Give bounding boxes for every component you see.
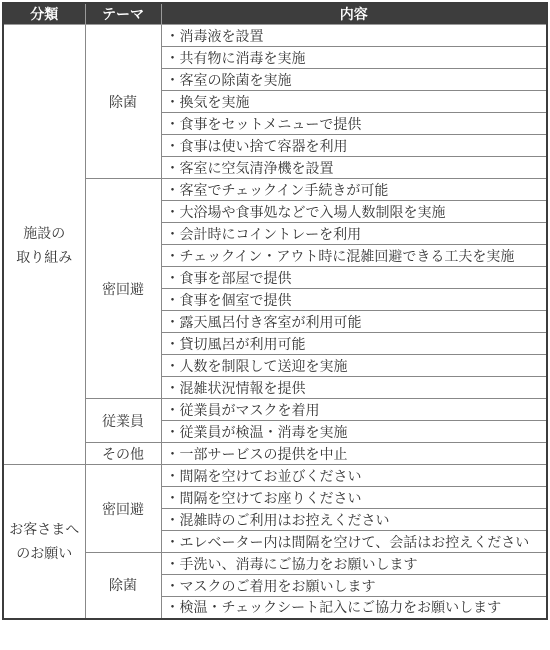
content-cell: ・消毒液を設置 [161,25,547,47]
category-cell-guests: お客さまへ のお願い [3,465,85,619]
content-cell: ・会計時にコイントレーを利用 [161,223,547,245]
theme-cell-staff: 従業員 [85,399,161,443]
content-cell: ・食事を部屋で提供 [161,267,547,289]
content-cell: ・マスクのご着用をお願いします [161,575,547,597]
content-cell: ・手洗い、消毒にご協力をお願いします [161,553,547,575]
table-row: 従業員 ・従業員がマスクを着用 [3,399,547,421]
content-cell: ・従業員がマスクを着用 [161,399,547,421]
page: 分類 テーマ 内容 施設の 取り組み 除菌 ・消毒液を設置 ・共有物に消毒を実施… [0,0,550,650]
content-cell: ・チェックイン・アウト時に混雑回避できる工夫を実施 [161,245,547,267]
table-row: 密回避 ・客室でチェックイン手続きが可能 [3,179,547,201]
category-cell-facility: 施設の 取り組み [3,25,85,465]
table-row: 施設の 取り組み 除菌 ・消毒液を設置 [3,25,547,47]
header-category: 分類 [3,3,85,25]
table-row: その他 ・一部サービスの提供を中止 [3,443,547,465]
table-row: 除菌 ・手洗い、消毒にご協力をお願いします [3,553,547,575]
content-cell: ・食事を個室で提供 [161,289,547,311]
content-cell: ・客室の除菌を実施 [161,69,547,91]
content-cell: ・客室に空気清浄機を設置 [161,157,547,179]
content-cell: ・大浴場や食事処などで入場人数制限を実施 [161,201,547,223]
header-content: 内容 [161,3,547,25]
content-cell: ・混雑状況情報を提供 [161,377,547,399]
content-cell: ・人数を制限して送迎を実施 [161,355,547,377]
content-cell: ・エレベーター内は間隔を空けて、会話はお控えください [161,531,547,553]
content-cell: ・検温・チェックシート記入にご協力をお願いします [161,597,547,619]
theme-cell-sanitize-2: 除菌 [85,553,161,619]
content-cell: ・食事は使い捨て容器を利用 [161,135,547,157]
content-cell: ・従業員が検温・消毒を実施 [161,421,547,443]
theme-cell-avoid-crowding-1: 密回避 [85,179,161,399]
table-row: お客さまへ のお願い 密回避 ・間隔を空けてお並びください [3,465,547,487]
theme-cell-avoid-crowding-2: 密回避 [85,465,161,553]
content-cell: ・換気を実施 [161,91,547,113]
header-theme: テーマ [85,3,161,25]
content-cell: ・間隔を空けてお並びください [161,465,547,487]
content-cell: ・間隔を空けてお座りください [161,487,547,509]
theme-cell-other: その他 [85,443,161,465]
content-cell: ・共有物に消毒を実施 [161,47,547,69]
content-cell: ・食事をセットメニューで提供 [161,113,547,135]
theme-cell-sanitize-1: 除菌 [85,25,161,179]
content-cell: ・混雑時のご利用はお控えください [161,509,547,531]
content-cell: ・貸切風呂が利用可能 [161,333,547,355]
content-cell: ・客室でチェックイン手続きが可能 [161,179,547,201]
content-cell: ・一部サービスの提供を中止 [161,443,547,465]
content-cell: ・露天風呂付き客室が利用可能 [161,311,547,333]
covid-measures-table: 分類 テーマ 内容 施設の 取り組み 除菌 ・消毒液を設置 ・共有物に消毒を実施… [2,2,548,620]
header-row: 分類 テーマ 内容 [3,3,547,25]
